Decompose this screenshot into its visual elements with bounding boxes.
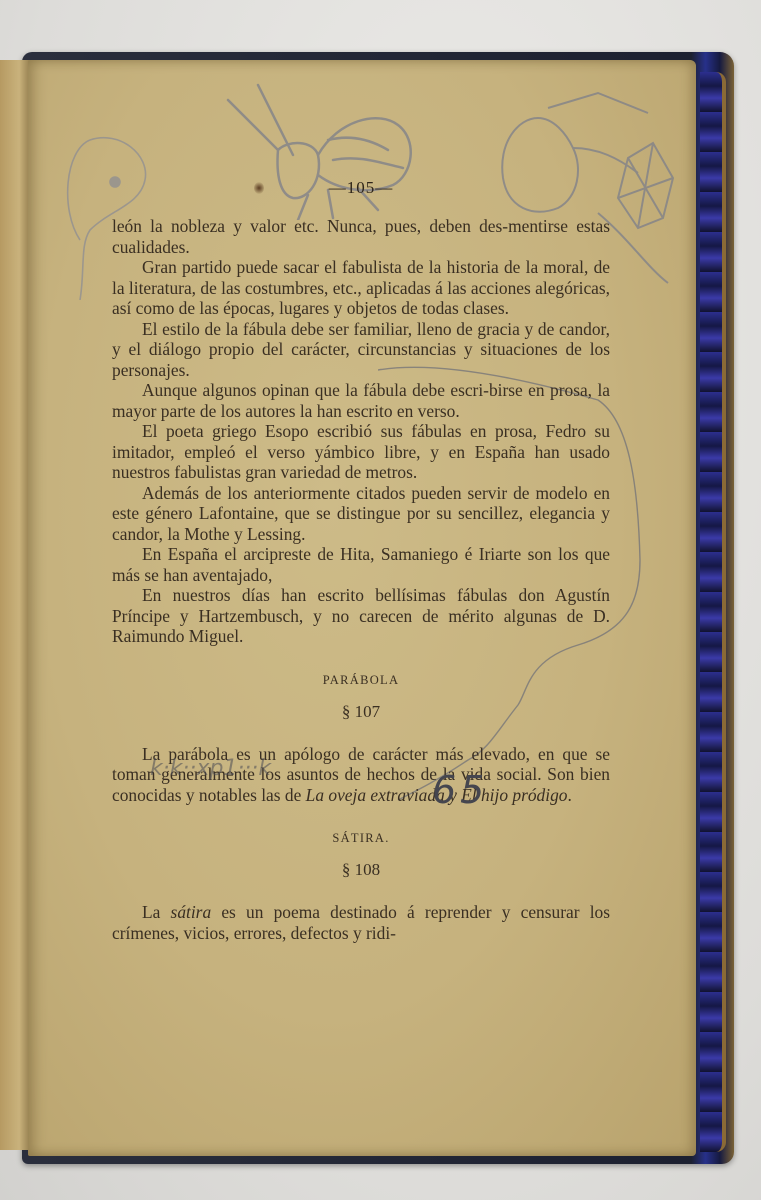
section-number-108: § 108 xyxy=(112,860,610,880)
handwritten-number-annotation: 65 xyxy=(432,768,488,812)
section-heading-satira: SÁTIRA. xyxy=(112,831,610,846)
page-number: —105— xyxy=(112,178,610,198)
paragraph: En España el arcipreste de Hita, Samanie… xyxy=(112,544,610,585)
page-text-block: —105— león la nobleza y valor etc. Nunca… xyxy=(112,178,610,943)
paragraph: Aunque algunos opinan que la fábula debe… xyxy=(112,380,610,421)
pencil-scribble-annotation: k·k··xp1···k xyxy=(150,756,271,781)
section-heading-parabola: PARÁBOLA xyxy=(112,673,610,688)
paragraph: El estilo de la fábula debe ser familiar… xyxy=(112,319,610,381)
paragraph: El poeta griego Esopo escribió sus fábul… xyxy=(112,421,610,483)
paragraph-satira: La sátira es un poema destinado á repren… xyxy=(112,902,610,943)
paragraph: En nuestros días han escrito bellísimas … xyxy=(112,585,610,647)
satira-italic-term: sátira xyxy=(171,902,212,922)
section-number-107: § 107 xyxy=(112,702,610,722)
marbled-cover-edge xyxy=(700,72,726,1152)
paragraph: Gran partido puede sacar el fabulista de… xyxy=(112,257,610,319)
parabola-end: . xyxy=(567,785,571,805)
paragraph: león la nobleza y valor etc. Nunca, pues… xyxy=(112,216,610,257)
satira-start: La xyxy=(142,902,171,922)
paragraph: Además de los anteriormente citados pued… xyxy=(112,483,610,545)
